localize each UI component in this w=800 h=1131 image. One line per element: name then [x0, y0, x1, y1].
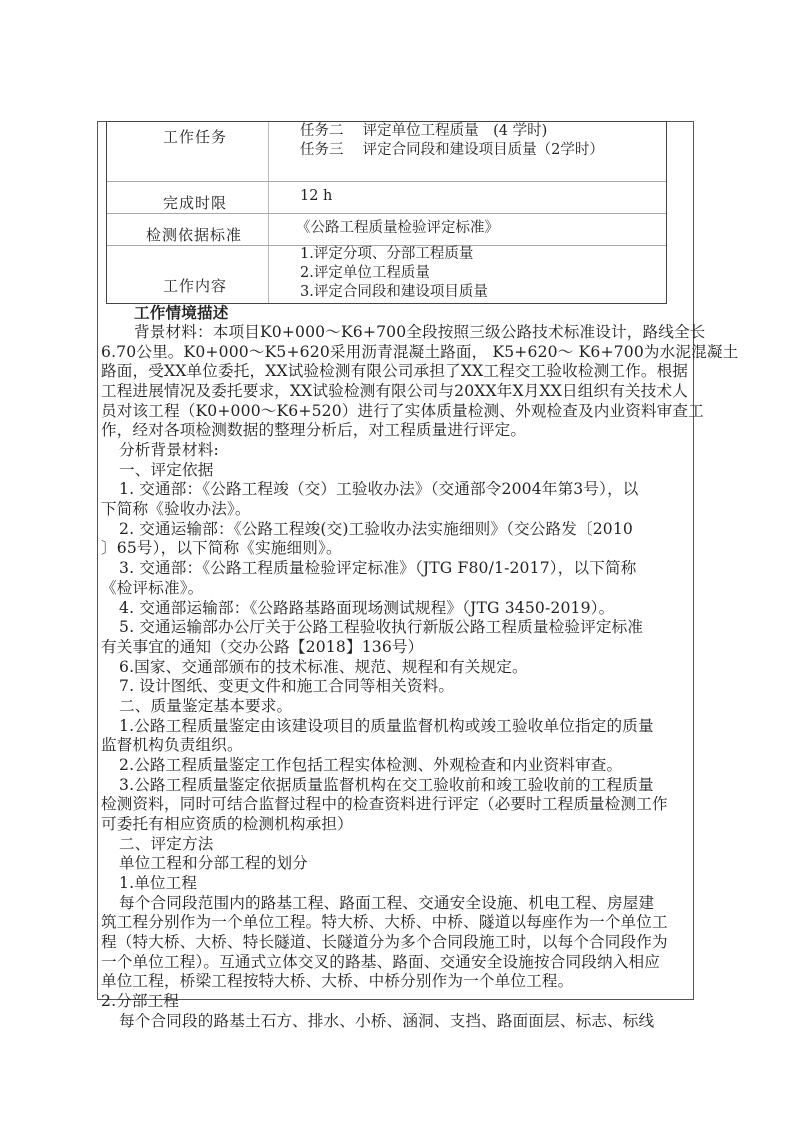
body-line: 3.公路工程质量鉴定依据质量监督机构在交工验收前和竣工验收前的工程质量 — [119, 776, 654, 796]
body-line: 有关事宜的通知（交办公路【2018】136号） — [101, 638, 423, 658]
body-line: 可委托有相应资质的检测机构承担） — [101, 815, 353, 835]
table-label-standard: 检测依据标准 — [146, 226, 242, 244]
body-line: 《检评标准》。 — [101, 579, 203, 599]
table-label-work-content: 工作内容 — [163, 277, 227, 295]
section-heading: 工作情境描述 — [134, 303, 228, 323]
body-line: 6.国家、交通部颁布的技术标准、规范、规程和有关规定。 — [119, 658, 528, 678]
body-line: 2.分部工程 — [101, 992, 179, 1012]
table-value-line: 2.评定单位工程质量 — [300, 264, 430, 283]
table-row-divider — [107, 181, 666, 182]
body-line: 分析背景材料: — [119, 441, 219, 461]
body-line: 6.70公里。K0+000～K5+620采用沥青混凝土路面， K5+620～ K… — [101, 343, 738, 363]
body-line: 1.公路工程质量鉴定由该建设项目的质量监督机构或竣工验收单位指定的质量 — [119, 717, 654, 737]
body-line: 作，经对各项检测数据的整理分析后，对工程质量进行评定。 — [101, 421, 526, 441]
body-line: 路面，受XX单位委托，XX试验检测有限公司承担了XX工程交工验收检测工作。根据 — [101, 362, 688, 382]
body-line: 一个单位工程）。互通式立体交叉的路基、路面、交通安全设施按合同段纳入相应 — [101, 953, 660, 973]
body-line: 单位工程和分部工程的划分 — [119, 854, 308, 874]
body-line: 工程进展情况及委托要求，XX试验检测有限公司与20XX年X月XX日组织有关技术人 — [101, 382, 688, 402]
body-line: 一、评定依据 — [119, 461, 213, 481]
body-line: 二、评定方法 — [119, 835, 213, 855]
body-line: 下简称《验收办法》。 — [101, 500, 251, 520]
body-line: 1.单位工程 — [119, 874, 197, 894]
body-line: 员对该工程（K0+000～K6+520）进行了实体质量检测、外观检查及内业资料审… — [101, 402, 704, 422]
body-line: 筑工程分别作为一个单位工程。特大桥、大桥、中桥、隧道以每座作为一个单位工 — [101, 913, 668, 933]
body-line: 〕65号），以下简称《实施细则》。 — [101, 539, 342, 559]
body-line: 1. 交通部：《公路工程竣（交）工验收办法》（交通部令2004年第3号），以 — [119, 480, 639, 500]
table-label-time-limit: 完成时限 — [163, 194, 227, 212]
body-line: 每个合同段范围内的路基工程、路面工程、交通安全设施、机电工程、房屋建 — [119, 894, 654, 914]
body-line: 每个合同段的路基土石方、排水、小桥、涵洞、支挡、路面面层、标志、标线 — [119, 1012, 654, 1032]
body-line: 3. 交通部：《公路工程质量检验评定标准》（JTG F80/1-2017），以下… — [119, 559, 636, 579]
body-line: 4. 交通部运输部：《公路路基路面现场测试规程》（JTG 3450-2019）。 — [119, 599, 614, 619]
table-value-line: 3.评定合同段和建设项目质量 — [300, 283, 488, 302]
table-value-line: 《公路工程质量检验评定标准》 — [296, 219, 499, 238]
body-line: 7. 设计图纸、变更文件和施工合同等相关资料。 — [119, 677, 454, 697]
table-value-line: 1.评定分项、分部工程质量 — [300, 245, 473, 264]
body-line: 程（特大桥、大桥、特长隧道、长隧道分为多个合同段施工时，以每个合同段作为 — [101, 933, 668, 953]
body-line: 2. 交通运输部：《公路工程竣(交)工验收办法实施细则》（交公路发〔2010 — [119, 520, 633, 540]
table-row-divider — [107, 213, 666, 214]
body-line: 2.公路工程质量鉴定工作包括工程实体检测、外观检查和内业资料审查。 — [119, 756, 622, 776]
table-value-line: 任务二 评定单位工程质量 (4 学时) — [300, 122, 547, 141]
table-label-work-task: 工作任务 — [163, 128, 227, 146]
table-value-line: 12 h — [300, 187, 332, 206]
body-line: 背景材料：本项目K0+000～K6+700全段按照三级公路技术标准设计，路线全长 — [134, 323, 705, 343]
body-line: 二、质量鉴定基本要求。 — [119, 697, 292, 717]
body-line: 5. 交通运输部办公厅关于公路工程验收执行新版公路工程质量检验评定标准 — [119, 618, 643, 638]
body-line: 监督机构负责组织。 — [101, 736, 243, 756]
body-line: 单位工程，桥梁工程按特大桥、大桥、中桥分别作为一个单位工程。 — [101, 972, 573, 992]
table-value-line: 任务三 评定合同段和建设项目质量（2学时） — [300, 141, 604, 160]
body-line: 检测资料，同时可结合监督过程中的检查资料进行评定（必要时工程质量检测工作 — [101, 795, 668, 815]
